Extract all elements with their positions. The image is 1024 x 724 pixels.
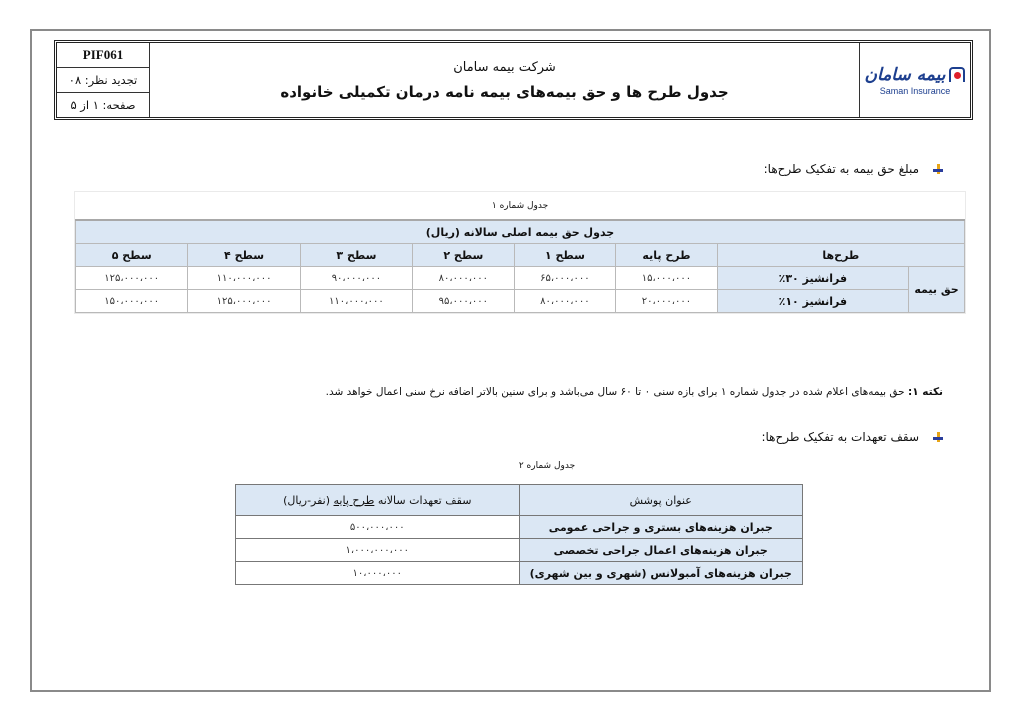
table-cell: ۱۱۰،۰۰۰،۰۰۰ (188, 267, 300, 290)
bullet-icon (933, 432, 943, 442)
table-cell: ۹۵،۰۰۰،۰۰۰ (413, 290, 515, 313)
column-header: سطح ۴ (188, 244, 300, 267)
note-paragraph: نکته ۱: حق بیمه‌های اعلام شده در جدول شم… (326, 386, 943, 398)
logo-text-fa: بیمه سامان (865, 65, 946, 85)
table-cell: ۶۵،۰۰۰،۰۰۰ (514, 267, 616, 290)
revision-number: تجدید نظر: ۰۸ (57, 68, 149, 93)
table-row: جبران هزینه‌های بستری و جراحی عمومی ۵۰۰،… (236, 516, 803, 539)
coverage-cell: جبران هزینه‌های اعمال جراحی تخصصی (519, 539, 803, 562)
table-caption: جدول شماره ۲ (262, 461, 832, 471)
table-caption: جدول شماره ۱ (75, 192, 965, 219)
note-label: نکته ۱: (908, 386, 943, 398)
table-cell: ۹۰،۰۰۰،۰۰۰ (300, 267, 412, 290)
coverage-cell: جبران هزینه‌های بستری و جراحی عمومی (519, 516, 803, 539)
table-row: حق بیمه فرانشیز ۳۰٪ ۱۵،۰۰۰،۰۰۰ ۶۵،۰۰۰،۰۰… (76, 267, 965, 290)
limit-cell: ۱،۰۰۰،۰۰۰،۰۰۰ (236, 539, 520, 562)
column-header: سطح ۱ (514, 244, 616, 267)
header-text: سقف تعهدات سالانه (374, 494, 471, 507)
column-header: طرح پایه (616, 244, 718, 267)
table-cell: ۱۵۰،۰۰۰،۰۰۰ (76, 290, 188, 313)
section-heading-premiums: مبلغ حق بیمه به تفکیک طرح‌ها: (764, 162, 943, 176)
column-header: سقف تعهدات سالانه طرح پایه (نفر-ریال) (236, 485, 520, 516)
header-text-underlined: طرح پایه (334, 494, 375, 507)
document-header: PIF061 تجدید نظر: ۰۸ صفحه: ۱ از ۵ شرکت ب… (54, 40, 973, 120)
coverage-limits-table: عنوان پوشش سقف تعهدات سالانه طرح پایه (ن… (235, 484, 803, 585)
limit-cell: ۵۰۰،۰۰۰،۰۰۰ (236, 516, 520, 539)
table-cell: ۲۰،۰۰۰،۰۰۰ (616, 290, 718, 313)
saman-logo-icon (949, 67, 965, 82)
column-header: سطح ۲ (413, 244, 515, 267)
table-cell: ۱۱۰،۰۰۰،۰۰۰ (300, 290, 412, 313)
form-info-box: PIF061 تجدید نظر: ۰۸ صفحه: ۱ از ۵ (57, 43, 150, 117)
table-cell: ۸۰،۰۰۰،۰۰۰ (413, 267, 515, 290)
column-header: سطح ۵ (76, 244, 188, 267)
document-title: جدول طرح ها و حق بیمه‌های بیمه نامه درما… (280, 83, 728, 101)
header-title-block: شرکت بیمه سامان جدول طرح ها و حق بیمه‌ها… (150, 43, 859, 117)
table-band-title: جدول حق بیمه اصلی سالانه (ریال) (76, 220, 965, 244)
row-label: فرانشیز ۳۰٪ (717, 267, 908, 290)
document-page: PIF061 تجدید نظر: ۰۸ صفحه: ۱ از ۵ شرکت ب… (30, 29, 991, 692)
company-logo: بیمه سامان Saman Insurance (859, 43, 970, 117)
form-code: PIF061 (57, 43, 149, 68)
header-text: (نفر-ریال) (283, 494, 333, 507)
table-row: جبران هزینه‌های آمبولانس (شهری و بین شهر… (236, 562, 803, 585)
limit-cell: ۱۰،۰۰۰،۰۰۰ (236, 562, 520, 585)
coverage-cell: جبران هزینه‌های آمبولانس (شهری و بین شهر… (519, 562, 803, 585)
column-header: طرح‌ها (717, 244, 964, 267)
table-row: جبران هزینه‌های اعمال جراحی تخصصی ۱،۰۰۰،… (236, 539, 803, 562)
section-heading-limits: سقف تعهدات به تفکیک طرح‌ها: (761, 430, 943, 444)
section-heading-text: سقف تعهدات به تفکیک طرح‌ها: (761, 430, 919, 444)
column-header: سطح ۳ (300, 244, 412, 267)
table-cell: ۱۵،۰۰۰،۰۰۰ (616, 267, 718, 290)
note-text: حق بیمه‌های اعلام شده در جدول شماره ۱ بر… (326, 386, 908, 398)
company-name: شرکت بیمه سامان (453, 60, 556, 75)
page-number: صفحه: ۱ از ۵ (57, 93, 149, 117)
logo-text-en: Saman Insurance (880, 86, 951, 96)
row-group-label: حق بیمه (909, 267, 965, 313)
premium-table-container: جدول شماره ۱ جدول حق بیمه اصلی سالانه (ر… (74, 191, 966, 314)
premium-table: جدول حق بیمه اصلی سالانه (ریال) طرح‌ها ط… (75, 219, 965, 313)
row-label: فرانشیز ۱۰٪ (717, 290, 908, 313)
table-cell: ۸۰،۰۰۰،۰۰۰ (514, 290, 616, 313)
table-cell: ۱۲۵،۰۰۰،۰۰۰ (76, 267, 188, 290)
column-header: عنوان پوشش (519, 485, 803, 516)
section-heading-text: مبلغ حق بیمه به تفکیک طرح‌ها: (764, 162, 919, 176)
table-cell: ۱۲۵،۰۰۰،۰۰۰ (188, 290, 300, 313)
table-row: فرانشیز ۱۰٪ ۲۰،۰۰۰،۰۰۰ ۸۰،۰۰۰،۰۰۰ ۹۵،۰۰۰… (76, 290, 965, 313)
bullet-icon (933, 164, 943, 174)
